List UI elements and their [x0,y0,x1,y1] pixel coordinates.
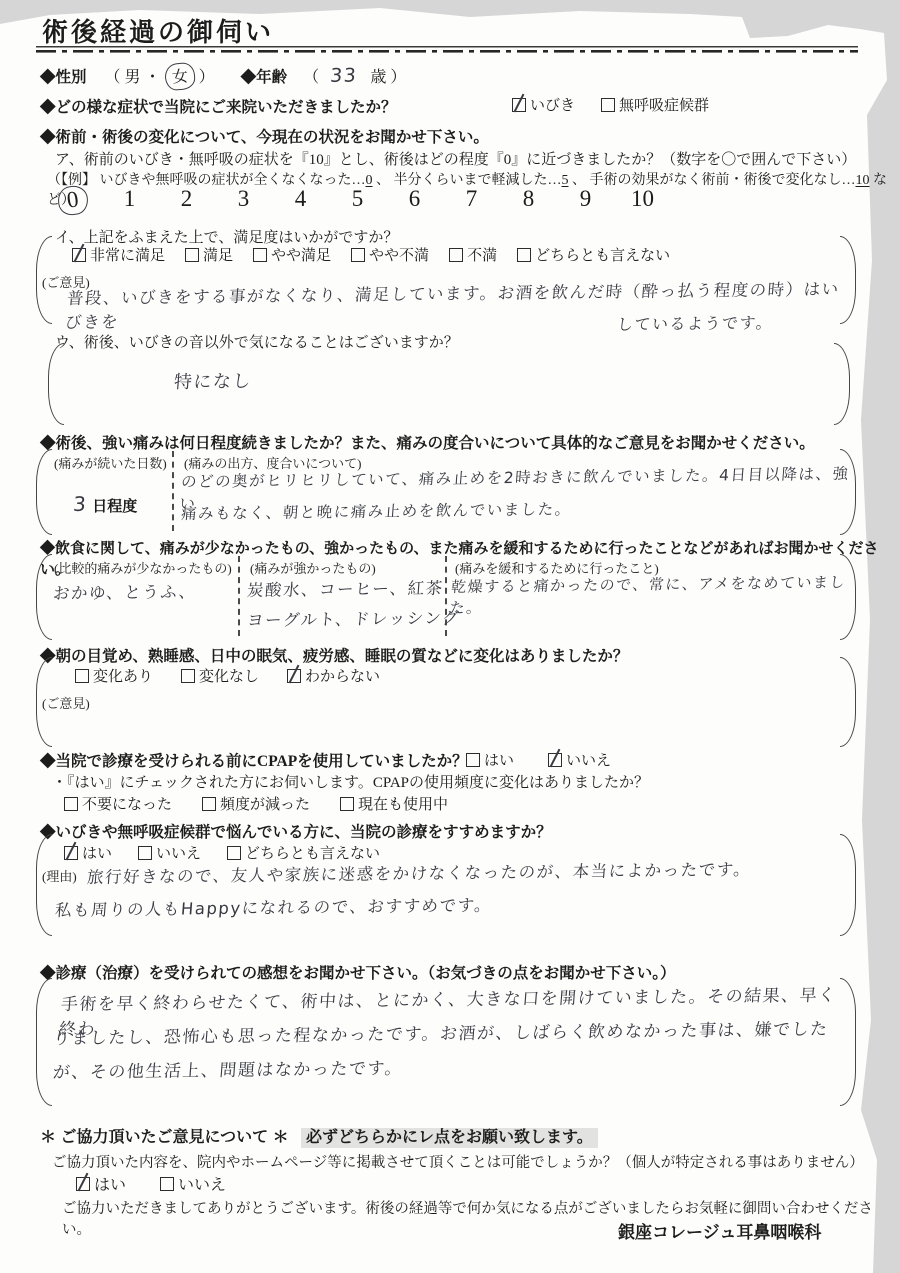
scale-number: 3 [215,186,272,215]
pain-column-divider [172,451,174,531]
checkbox-icon [517,248,531,262]
checkbox-icon [64,797,78,811]
option-yes: はい [76,1172,126,1195]
page-title: 術後経過の御伺い [42,12,274,49]
option-dissatisfied: 不満 [449,244,497,265]
diet-relief-answer: 乾燥すると痛かったので、常に、アメをなめていました。 [449,571,852,618]
option-label: 頻度が減った [220,793,310,814]
footer-note-prefix: ＊ ご協力頂いたご意見について ＊ [40,1129,289,1146]
checkbox-icon [287,669,301,683]
profile-row: ◆性別 （ 男 ・ 女 ） ◆年齢 （ 33 歳 ） [40,63,406,90]
checkbox-icon [466,753,480,767]
scale-number: 6 [386,186,443,215]
footer-question: ご協力頂いた内容を、院内やホームページ等に掲載させて頂くことは可能でしょうか？（… [52,1151,864,1172]
option-changed: 変化あり [75,665,153,686]
other-concerns-answer: 特になし [173,367,253,394]
option-no: いいえ [160,1172,226,1195]
title-divider [36,46,858,53]
impressions-question: ◆診療（治療）を受けられての感想をお聞かせ下さい。（お気づきの点をお聞かせ下さい… [40,961,676,983]
option-label: やや不満 [369,244,429,265]
cpap-sub-options: 不要になった 頻度が減った 現在も使用中 [64,793,448,814]
example-value-10: 10 [856,173,870,188]
option-still-using: 現在も使用中 [340,793,448,814]
other-concerns-question: ウ、術後、いびきの音以外で気になることはございますか？ [55,331,459,352]
checkbox-icon [185,248,199,262]
footer-options: はい いいえ [76,1172,226,1195]
diet-less-pain-answer: おかゆ、とうふ、 [52,578,197,604]
option-label: 無呼吸症候群 [619,94,709,115]
satisfaction-options: 非常に満足 満足 やや満足 やや不満 不満 どちらとも言えない [72,244,670,265]
option-very-satisfied: 非常に満足 [72,244,165,265]
pain-days-label: (痛みが続いた日数) [54,453,167,472]
option-label: わからない [305,665,380,686]
reason-label: (理由) [42,866,77,885]
change-scale-question: ア、術前のいびき・無呼吸の症状を『10』とし、術後はどの程度『0』に近づきました… [55,148,856,169]
rating-scale: 0 1 2 3 4 5 6 7 8 9 10 [44,186,671,215]
option-label: 非常に満足 [90,244,165,265]
gender-label: ◆性別 [40,69,87,86]
diet-less-pain-label: (比較的痛みが少なかったもの) [54,558,232,577]
option-no: いいえ [548,749,611,770]
scanned-questionnaire-page: 術後経過の御伺い ◆性別 （ 男 ・ 女 ） ◆年齢 （ 33 歳 ） ◆どの様… [0,0,900,1273]
option-somewhat-satisfied: やや満足 [253,244,331,265]
cpap-question: ◆当院で診療を受けられる前にCPAPを使用していましたか？ [40,749,468,771]
age-paren-open: （ [303,69,323,86]
checkbox-icon [138,846,152,860]
checkbox-icon [253,248,267,262]
checkbox-icon [512,98,526,112]
sleep-comment-label: (ご意見) [42,693,90,712]
cpap-sub-question: ・『はい』にチェックされた方にお伺いします。CPAPの使用頻度に変化はありました… [52,771,649,792]
option-satisfied: 満足 [185,244,233,265]
option-unknown: わからない [287,665,380,686]
clinic-name: 銀座コレージュ耳鼻咽喉科 [618,1218,821,1243]
impressions-line3: が、その他生活上、問題はなかったです。 [52,1054,404,1083]
option-frequency-decreased: 頻度が減った [202,793,310,814]
option-label: 不要になった [82,793,172,814]
pain-question: ◆術後、強い痛みは何日程度続きましたか？また、痛みの度合いについて具体的なご意見… [40,431,815,453]
option-label: はい [82,842,112,863]
change-heading: ◆術前・術後の変化について、今現在の状況をお聞かせ下さい。 [40,125,489,147]
scale-number: 5 [329,186,386,215]
option-label: いいえ [156,842,201,863]
option-somewhat-dissatisfied: やや不満 [351,244,429,265]
scale-number: 7 [443,186,500,215]
checkbox-icon [202,797,216,811]
age-label: ◆年齢 [241,69,288,86]
option-no: いいえ [138,842,201,863]
pain-days-answer: 3 日程度 [74,492,137,516]
scale-number: 1 [101,186,158,215]
checkbox-icon [601,98,615,112]
checkbox-icon [340,797,354,811]
sleep-question: ◆朝の目覚め、熟睡感、日中の眠気、疲労感、睡眠の質などに変化はありましたか？ [40,644,628,666]
symptom-question: ◆どの様な症状で当院にご来院いただきましたか？ [40,95,397,117]
checkbox-icon [351,248,365,262]
checkbox-icon [548,753,562,767]
selected-circle: 0 [56,184,89,217]
checkbox-icon [449,248,463,262]
option-no-change: 変化なし [181,665,259,686]
checkbox-icon [227,846,241,860]
scale-number: 4 [272,186,329,215]
satisfaction-comment-line2: しているようです。 [616,310,774,335]
gender-separator: ・ [145,69,165,86]
option-label: いいえ [566,749,611,770]
recommend-question: ◆いびきや無呼吸症候群で悩んでいる方に、当院の診療をすすめますか？ [40,820,552,842]
footer-note-bold-highlighted: 必ずどちらかにレ点をお願い致します。 [301,1128,598,1148]
option-yes: はい [466,749,514,770]
gender-option-female-circled: 女 [163,62,195,92]
option-label: 変化なし [199,665,259,686]
pain-days-unit: 日程度 [92,499,137,515]
option-label: 不満 [467,244,497,265]
checkbox-icon [75,669,89,683]
option-no-longer-needed: 不要になった [64,793,172,814]
option-label: 変化あり [93,665,153,686]
option-label: いびき [530,94,575,115]
gender-paren-close: ） [199,69,215,86]
checkbox-icon [181,669,195,683]
option-label: どちらとも言えない [535,244,670,265]
option-mukokyu: 無呼吸症候群 [601,94,709,115]
option-label: やや満足 [271,244,331,265]
age-unit: 歳 [370,69,386,86]
option-neither: どちらとも言えない [517,244,670,265]
pain-days-value-handwritten: 3 [72,492,88,516]
footer-note: ＊ ご協力頂いたご意見について ＊ 必ずどちらかにレ点をお願い致します。 [40,1124,598,1147]
scale-number: 10 [614,186,671,215]
option-label: 現在も使用中 [358,793,448,814]
option-yes: はい [64,842,112,863]
recommend-options: はい いいえ どちらとも言えない [64,842,380,863]
age-paren-close: ） [390,69,406,86]
diet-strong-pain-line1: 炭酸水、コーヒー、紅茶 [246,575,444,601]
scale-number-0-selected: 0 [44,186,101,215]
diet-strong-pain-line2: ヨーグルト、ドレッシング [246,604,461,631]
option-ibiki: いびき [512,94,575,115]
checkbox-icon [72,248,86,262]
symptom-options: いびき 無呼吸症候群 [512,94,709,115]
checkbox-icon [76,1177,90,1191]
sleep-options: 変化あり 変化なし わからない [75,665,380,686]
diet-column-divider [238,556,240,636]
option-label: はい [94,1172,126,1195]
option-label: 満足 [203,244,233,265]
cpap-options: はい いいえ [466,749,611,770]
diet-strong-pain-label: (痛みが強かったもの) [250,558,376,577]
option-label: いいえ [178,1172,226,1195]
option-label: はい [484,749,514,770]
gender-paren-open: （ [105,69,125,86]
age-value-handwritten: 33 [321,64,366,87]
scale-number: 2 [158,186,215,215]
gender-option-male: 男 [125,69,141,86]
scale-number: 8 [500,186,557,215]
scale-number: 9 [557,186,614,215]
checkbox-icon [64,846,78,860]
checkbox-icon [160,1177,174,1191]
